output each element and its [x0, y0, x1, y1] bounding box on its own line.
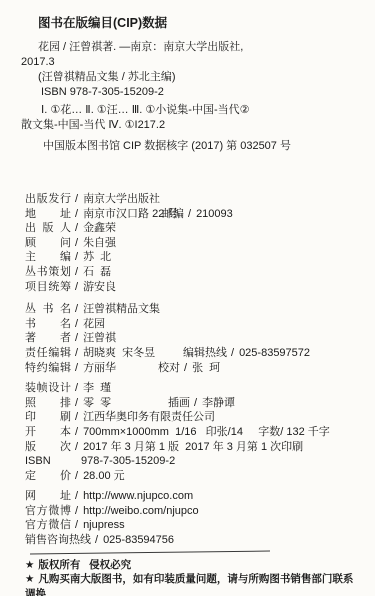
- book-info-block: 丛书名/汪曾祺精品文集 书名/花园 著者/汪曾祺 责任编辑/胡晓爽 宋冬昱 编辑…: [25, 302, 363, 375]
- field-label: 印刷: [25, 410, 71, 425]
- info-row: 官方微博/http://weibo.com/njupco: [25, 504, 363, 519]
- field-value: http://weibo.com/njupco: [83, 505, 199, 517]
- field-label: 特约编辑: [25, 361, 71, 376]
- field-value: 方丽华: [83, 362, 116, 374]
- publisher-block: 出版发行/南京大学出版社 地址/南京市汉口路 22 号 邮编/210093 出版…: [25, 192, 363, 294]
- field-separator: /: [75, 266, 78, 278]
- field-value: 978-7-305-15209-2: [81, 455, 175, 467]
- field-label: 顾问: [25, 236, 71, 251]
- field-value: 南京大学出版社: [83, 193, 160, 205]
- field-label: 责任编辑: [25, 346, 71, 361]
- field-separator: /: [194, 397, 197, 409]
- field-value: 江西华奥印务有限责任公司: [83, 411, 215, 423]
- info-row: 责任编辑/胡晓爽 宋冬昱 编辑热线/025-83597572: [25, 346, 363, 361]
- field-value: 汪曾祺: [83, 332, 116, 344]
- secondary-field: 插画/李静谭: [168, 396, 235, 411]
- copyright-notice: ★版权所有 侵权必究: [25, 558, 363, 573]
- info-row: ISBN978-7-305-15209-2: [25, 454, 363, 469]
- printing-block: 装帧设计/李 瑾 照排/零 零 插画/李静谭 印刷/江西华奥印务有限责任公司 开…: [25, 381, 363, 483]
- contact-block: 网址/http://www.njupco.com 官方微博/http://wei…: [25, 489, 363, 547]
- field-separator: /: [184, 362, 187, 374]
- info-row: 顾问/朱自强: [25, 236, 363, 251]
- cip-block: 图书在版编目(CIP)数据 花园 / 汪曾祺著. —南京：南京大学出版社, 20…: [25, 16, 363, 154]
- field-label: 书名: [25, 317, 71, 332]
- star-icon: ★: [25, 573, 34, 585]
- field-separator: /: [75, 362, 78, 374]
- field-label: 出版人: [25, 221, 71, 236]
- field-label: 照排: [25, 396, 71, 411]
- field-label: 版次: [25, 440, 71, 455]
- field-value: 28.00 元: [83, 470, 125, 482]
- field-value: 2017 年 3 月第 1 版 2017 年 3 月第 1 次印刷: [83, 441, 303, 453]
- field-separator: /: [75, 251, 78, 263]
- info-row: 丛书名/汪曾祺精品文集: [25, 302, 363, 317]
- info-row: 版次/2017 年 3 月第 1 版 2017 年 3 月第 1 次印刷: [25, 440, 363, 455]
- field-separator: /: [95, 534, 98, 546]
- field-value: 零 零: [83, 397, 111, 409]
- info-row: 著者/汪曾祺: [25, 331, 363, 346]
- info-row: 特约编辑/方丽华 校对/张 珂: [25, 361, 363, 376]
- field-separator: /: [188, 208, 191, 220]
- cip-isbn-line: ISBN 978-7-305-15209-2: [41, 85, 363, 100]
- info-row: 出版人/金鑫荣: [25, 221, 363, 236]
- field-separator: /: [75, 208, 78, 220]
- field-separator: /: [75, 347, 78, 359]
- field-value: 朱自强: [83, 237, 116, 249]
- info-row: 出版发行/南京大学出版社: [25, 192, 363, 207]
- field-label: 邮编: [162, 208, 184, 220]
- field-separator: /: [75, 193, 78, 205]
- field-label: 定价: [25, 469, 71, 484]
- field-separator: /: [231, 347, 234, 359]
- field-label: 官方微博: [25, 504, 71, 519]
- field-label: 丛书名: [25, 302, 71, 317]
- cip-entry-line2: 2017.3: [21, 55, 363, 70]
- field-value: http://www.njupco.com: [83, 490, 193, 502]
- field-value: 花园: [83, 318, 105, 330]
- field-separator: /: [75, 237, 78, 249]
- field-separator: /: [75, 318, 78, 330]
- field-separator: /: [75, 281, 78, 293]
- info-row: 项目统筹/游安良: [25, 280, 363, 295]
- field-label: 销售咨询热线: [25, 533, 91, 548]
- field-label: 著者: [25, 331, 71, 346]
- field-label: 编辑热线: [183, 347, 227, 359]
- copyright-notice-text: 版权所有 侵权必究: [38, 559, 131, 571]
- exchange-notice-text: 凡购买南大版图书，如有印装质量问题，请与所购图书销售部门联系调换: [25, 573, 353, 596]
- field-separator: /: [75, 303, 78, 315]
- cip-entry-line1: 花园 / 汪曾祺著. —南京：南京大学出版社,: [38, 40, 363, 55]
- info-row: 照排/零 零 插画/李静谭: [25, 396, 363, 411]
- field-value: njupress: [83, 519, 125, 531]
- info-row: 印刷/江西华奥印务有限责任公司: [25, 410, 363, 425]
- field-separator: /: [75, 397, 78, 409]
- info-row: 开本/700mm×1000mm 1/16 印张/14 字数/ 132 千字: [25, 425, 363, 440]
- field-value: 游安良: [83, 281, 116, 293]
- field-value: 胡晓爽 宋冬昱: [83, 347, 155, 359]
- field-value: 李 瑾: [83, 382, 111, 394]
- field-label: 插画: [168, 397, 190, 409]
- field-value: 汪曾祺精品文集: [83, 303, 160, 315]
- field-label: 装帧设计: [25, 381, 71, 396]
- field-separator: /: [75, 222, 78, 234]
- info-row: 官方微信/njupress: [25, 518, 363, 533]
- field-value: 张 珂: [192, 362, 220, 374]
- info-row: 销售咨询热线/025-83594756: [25, 533, 363, 548]
- cip-class-line2: 散文集-中国-当代 Ⅳ. ①I217.2: [21, 118, 363, 133]
- field-separator: /: [75, 470, 78, 482]
- book-copyright-page: 图书在版编目(CIP)数据 花园 / 汪曾祺著. —南京：南京大学出版社, 20…: [0, 0, 375, 596]
- field-value: 210093: [196, 208, 233, 220]
- secondary-field: 校对/张 珂: [158, 361, 220, 376]
- star-icon: ★: [25, 559, 34, 571]
- field-value: 苏 北: [83, 251, 111, 263]
- cip-series-note: (汪曾祺精品文集 / 苏北主编): [38, 70, 363, 85]
- field-label: ISBN: [25, 454, 71, 469]
- field-value: 石 磊: [83, 266, 111, 278]
- field-label: 丛书策划: [25, 265, 71, 280]
- divider-line: [30, 550, 270, 554]
- field-value: 025-83594756: [103, 534, 174, 546]
- field-label: 出版发行: [25, 192, 71, 207]
- field-value: 700mm×1000mm 1/16 印张/14 字数/ 132 千字: [83, 426, 330, 438]
- info-row: 主编/苏 北: [25, 250, 363, 265]
- info-row: 书名/花园: [25, 317, 363, 332]
- cip-class-line1: Ⅰ. ①花… Ⅱ. ①汪… Ⅲ. ①小说集-中国-当代②: [41, 103, 363, 118]
- field-value: 025-83597572: [239, 347, 310, 359]
- field-separator: /: [75, 382, 78, 394]
- field-separator: /: [75, 519, 78, 531]
- info-row: 网址/http://www.njupco.com: [25, 489, 363, 504]
- field-separator: /: [75, 332, 78, 344]
- field-label: 地址: [25, 207, 71, 222]
- cip-heading: 图书在版编目(CIP)数据: [38, 16, 363, 31]
- cip-record-number: 中国版本图书馆 CIP 数据核字 (2017) 第 032507 号: [43, 139, 363, 154]
- footer-notices: ★版权所有 侵权必究 ★凡购买南大版图书，如有印装质量问题，请与所购图书销售部门…: [25, 558, 363, 596]
- field-label: 项目统筹: [25, 280, 71, 295]
- info-row: 地址/南京市汉口路 22 号 邮编/210093: [25, 207, 363, 222]
- field-separator: /: [75, 490, 78, 502]
- info-row: 丛书策划/石 磊: [25, 265, 363, 280]
- exchange-notice: ★凡购买南大版图书，如有印装质量问题，请与所购图书销售部门联系调换: [25, 572, 363, 596]
- field-value: 金鑫荣: [83, 222, 116, 234]
- secondary-field: 编辑热线/025-83597572: [183, 346, 310, 361]
- field-separator: /: [75, 441, 78, 453]
- field-label: 开本: [25, 425, 71, 440]
- field-label: 网址: [25, 489, 71, 504]
- field-value: 李静谭: [202, 397, 235, 409]
- field-label: 校对: [158, 362, 180, 374]
- field-label: 主编: [25, 250, 71, 265]
- field-separator: /: [75, 505, 78, 517]
- field-label: 官方微信: [25, 518, 71, 533]
- info-row: 定价/28.00 元: [25, 469, 363, 484]
- info-row: 装帧设计/李 瑾: [25, 381, 363, 396]
- secondary-field: 邮编/210093: [162, 207, 233, 222]
- field-separator: /: [75, 426, 78, 438]
- field-separator: /: [75, 411, 78, 423]
